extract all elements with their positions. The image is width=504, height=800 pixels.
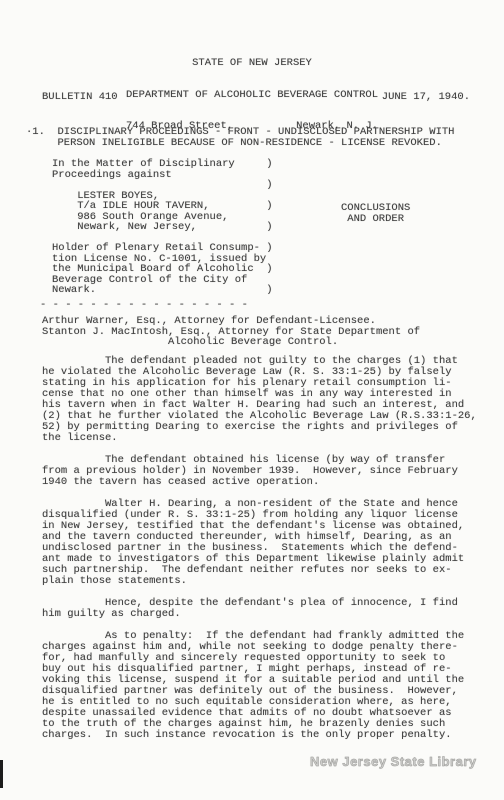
paragraph-penalty: As to penalty: If the defendant had fran… [42, 631, 464, 741]
paragraph-charges: The defendant pleaded not guilty to the … [42, 356, 477, 444]
paragraph-dearing-testimony: Walter H. Dearing, a non-resident of the… [42, 499, 464, 587]
item-headline: ·1. DISCIPLINARY PROCEEDINGS - FRONT - U… [26, 127, 454, 149]
letterhead-state-line: STATE OF NEW JERSEY [0, 58, 504, 69]
case-caption: In the Matter of Disciplinary ) Proceedi… [52, 159, 273, 296]
library-stamp: New Jersey State Library [310, 754, 477, 769]
paragraph-guilty-finding: Hence, despite the defendant's plea of i… [42, 598, 458, 620]
scan-edge-artifact [0, 760, 3, 788]
conclusions-and-order-label: CONCLUSIONS AND ORDER [341, 203, 410, 224]
dashed-separator: - - - - - - - - - - - - - - - - - [40, 300, 248, 311]
paragraph-license-history: The defendant obtained his license (by w… [42, 455, 458, 488]
scanned-bulletin-page: { "document": { "header": { "line1": "ST… [0, 0, 504, 800]
attorneys-of-record: Arthur Warner, Esq., Attorney for Defend… [42, 316, 420, 348]
bulletin-date: JUNE 17, 1940. [382, 92, 470, 103]
bulletin-number: BULLETIN 410 [42, 92, 118, 103]
